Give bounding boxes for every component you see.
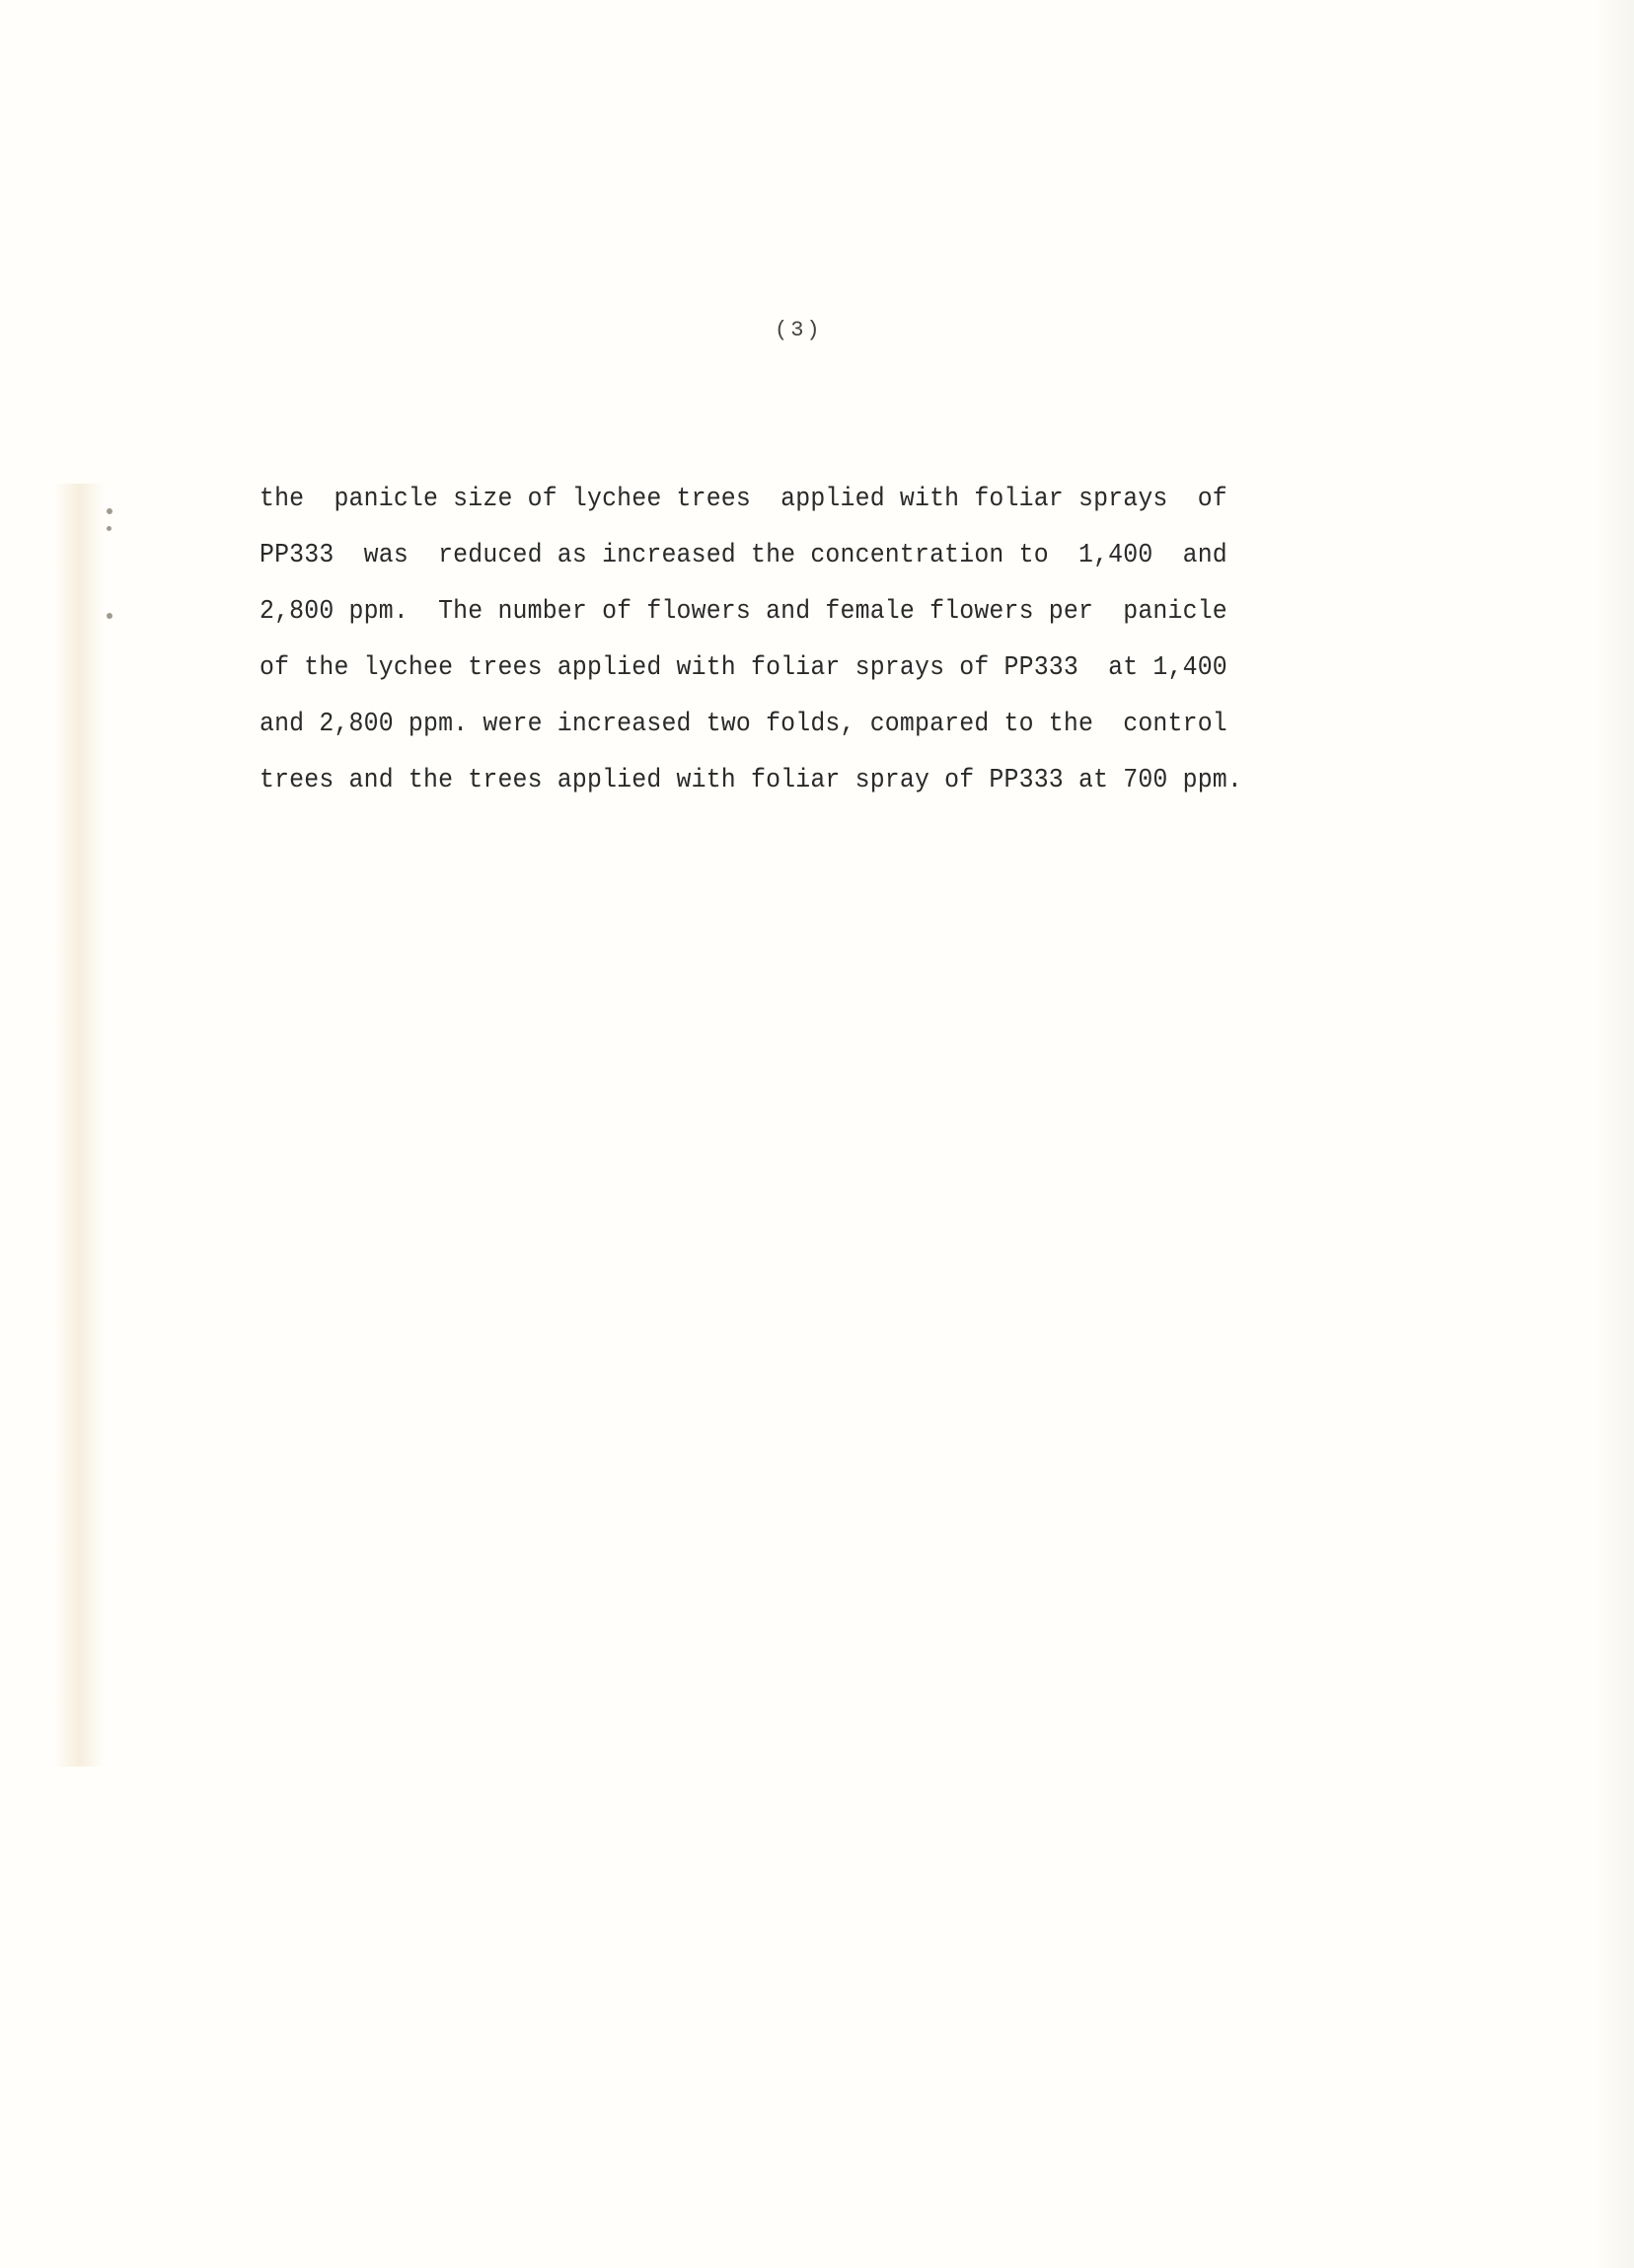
punch-mark bbox=[107, 508, 112, 514]
text-line: PP333 was reduced as increased the conce… bbox=[260, 538, 1258, 594]
text-line: trees and the trees applied with foliar … bbox=[260, 763, 1258, 819]
punch-mark bbox=[107, 613, 112, 619]
paper-stain bbox=[54, 484, 104, 1767]
body-paragraph: the panicle size of lychee trees applied… bbox=[260, 482, 1345, 819]
punch-mark bbox=[107, 526, 111, 531]
page-edge-shadow bbox=[1595, 0, 1634, 2268]
text-line: the panicle size of lychee trees applied… bbox=[260, 482, 1258, 538]
page-number: (3) bbox=[775, 318, 823, 342]
text-line: 2,800 ppm. The number of flowers and fem… bbox=[260, 594, 1258, 650]
text-line: of the lychee trees applied with foliar … bbox=[260, 650, 1258, 707]
text-line: and 2,800 ppm. were increased two folds,… bbox=[260, 707, 1258, 763]
